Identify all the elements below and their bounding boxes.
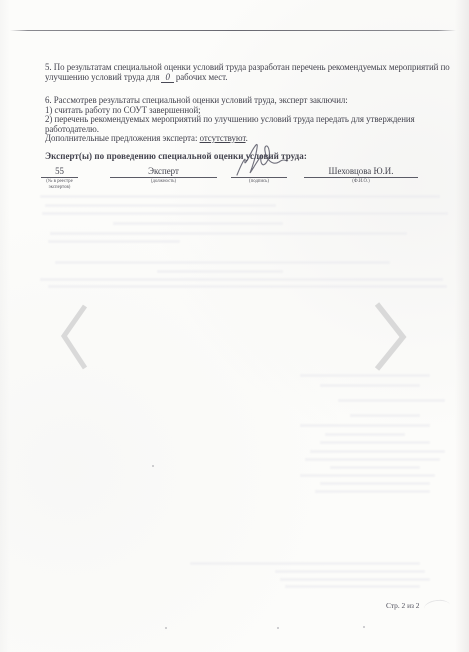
prev-page-button[interactable] xyxy=(60,303,88,371)
position-field: Эксперт xyxy=(110,165,217,178)
name-field: Шеховцова Ю.И. xyxy=(304,165,418,178)
para6-item1: 1) считать работу по СОУТ завершенной; xyxy=(45,105,201,115)
scan-speck xyxy=(152,465,154,467)
handwritten-signature xyxy=(235,141,289,181)
scan-crease-mark xyxy=(423,598,451,615)
para6-intro: 6. Рассмотрев результаты специальной оце… xyxy=(45,95,348,105)
page-indicator: Стр. 2 из 2 xyxy=(386,601,420,610)
position-caption: (должность) xyxy=(110,179,217,185)
next-page-button[interactable] xyxy=(373,300,407,372)
scanned-document-page: 5. По результатам специальной оценки усл… xyxy=(0,0,469,652)
chevron-right-icon xyxy=(373,300,407,372)
additional-proposals-line: Дополнительные предложения эксперта: отс… xyxy=(45,133,248,143)
para5-line1: 5. По результатам специальной оценки усл… xyxy=(45,62,450,72)
scan-right-shade xyxy=(455,0,469,652)
scan-speck xyxy=(363,626,365,628)
scan-speck xyxy=(165,627,167,629)
para5-line2-before: улучшению условий труда для xyxy=(45,72,159,82)
para6-item2-line1: 2) перечень рекомендуемых мероприятий по… xyxy=(45,114,415,124)
additional-proposals-label: Дополнительные предложения эксперта: xyxy=(45,133,197,143)
scan-left-shade xyxy=(0,0,10,652)
chevron-left-icon xyxy=(60,303,88,371)
page-top-edge-line xyxy=(10,30,456,31)
registry-number-caption: (№ в реестре экспертов) xyxy=(36,179,83,190)
scan-speck xyxy=(277,627,279,629)
para5-line2-after: рабочих мест. xyxy=(176,72,228,82)
registry-number-field: 55 xyxy=(41,165,78,178)
para6-item2-line2: работодателю. xyxy=(45,124,99,134)
name-caption: (Ф.И.О.) xyxy=(304,179,418,185)
workplaces-count-value: 0 xyxy=(161,72,173,83)
para5-line2: улучшению условий труда для0рабочих мест… xyxy=(45,72,227,83)
